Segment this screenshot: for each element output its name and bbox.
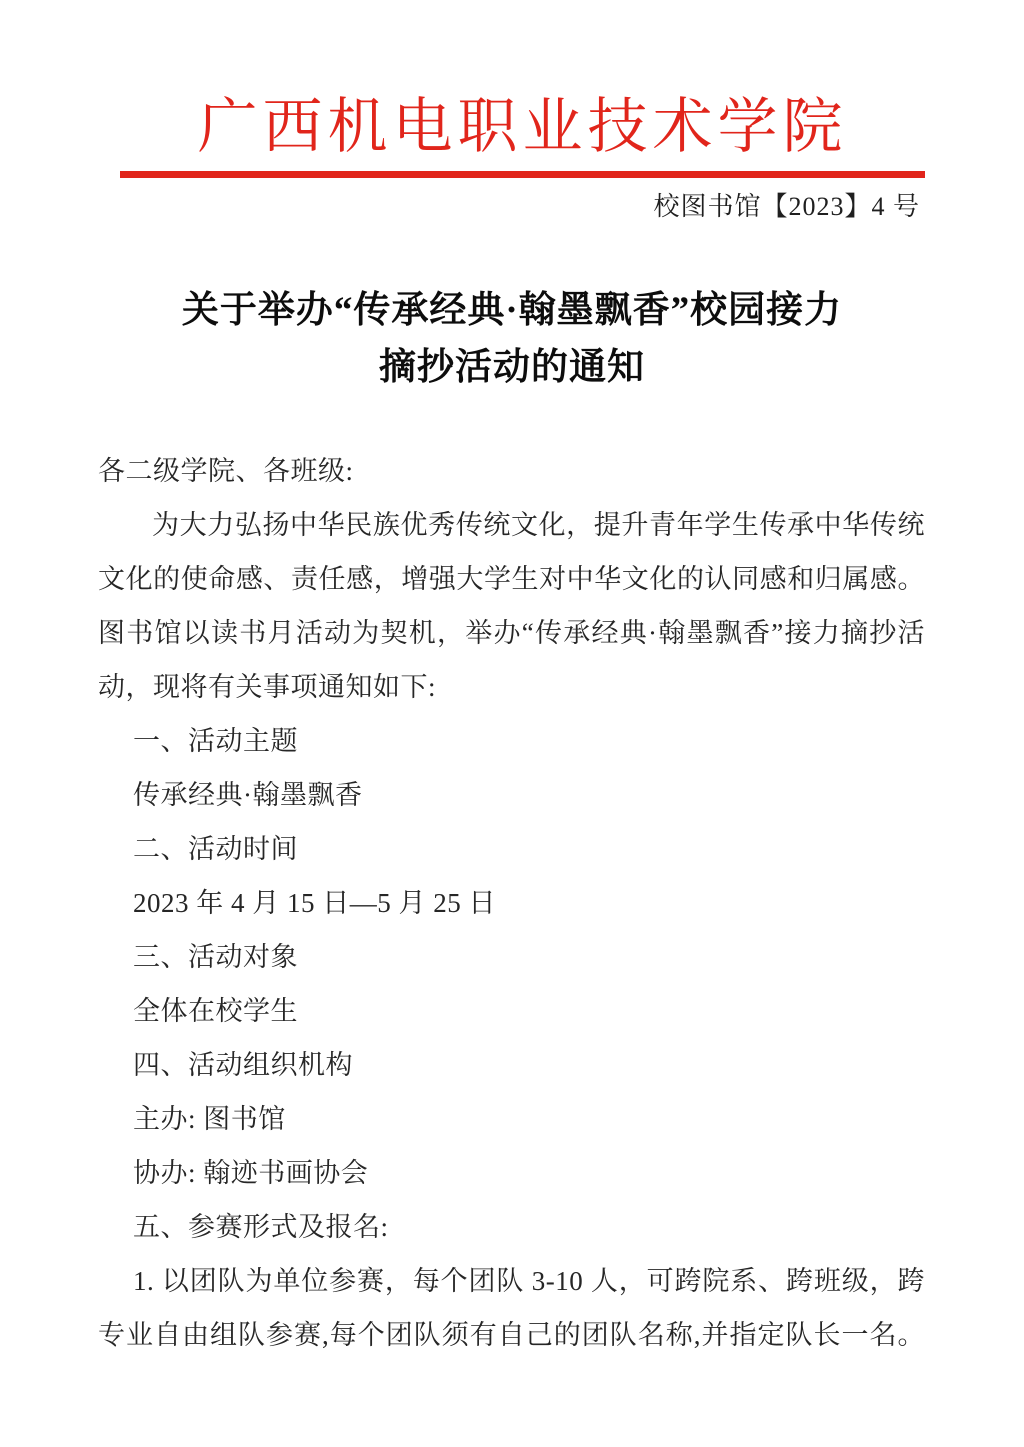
section-1-content: 传承经典·翰墨飘香 bbox=[98, 768, 925, 822]
doc-number: 校图书馆【2023】4 号 bbox=[0, 191, 920, 223]
org-name: 广西机电职业技术学院 bbox=[120, 92, 925, 162]
section-4-co-organizer: 协办: 翰迹书画协会 bbox=[98, 1146, 925, 1200]
section-3-heading: 三、活动对象 bbox=[98, 930, 925, 984]
notice-title-line2: 摘抄活动的通知 bbox=[0, 339, 1024, 396]
letterhead: 广西机电职业技术学院 校图书馆【2023】4 号 bbox=[0, 0, 1024, 223]
numbered-item-line-1: 1. 以团队为单位参赛，每个团队 3-10 人，可跨院系、跨班级，跨 bbox=[98, 1254, 925, 1308]
intro-line-4: 动，现将有关事项通知如下: bbox=[98, 660, 925, 714]
numbered-item-line-2: 专业自由组队参赛,每个团队须有自己的团队名称,并指定队长一名。 bbox=[98, 1308, 925, 1362]
intro-line-2: 文化的使命感、责任感，增强大学生对中华文化的认同感和归属感。 bbox=[98, 552, 925, 606]
salutation: 各二级学院、各班级: bbox=[98, 444, 925, 498]
section-5-heading: 五、参赛形式及报名: bbox=[98, 1200, 925, 1254]
section-3-content: 全体在校学生 bbox=[98, 984, 925, 1038]
section-2-content: 2023 年 4 月 15 日—5 月 25 日 bbox=[98, 876, 925, 930]
document-page: 广西机电职业技术学院 校图书馆【2023】4 号 关于举办“传承经典·翰墨飘香”… bbox=[0, 0, 1024, 1447]
section-2-heading: 二、活动时间 bbox=[98, 822, 925, 876]
section-4-organizer: 主办: 图书馆 bbox=[98, 1092, 925, 1146]
notice-body: 各二级学院、各班级: 为大力弘扬中华民族优秀传统文化，提升青年学生传承中华传统 … bbox=[0, 444, 1024, 1362]
notice-title-line1: 关于举办“传承经典·翰墨飘香”校园接力 bbox=[0, 282, 1024, 339]
section-4-heading: 四、活动组织机构 bbox=[98, 1038, 925, 1092]
notice-title: 关于举办“传承经典·翰墨飘香”校园接力 摘抄活动的通知 bbox=[0, 282, 1024, 396]
section-1-heading: 一、活动主题 bbox=[98, 714, 925, 768]
red-separator-line bbox=[120, 171, 925, 178]
intro-line-3: 图书馆以读书月活动为契机，举办“传承经典·翰墨飘香”接力摘抄活 bbox=[98, 606, 925, 660]
intro-line-1: 为大力弘扬中华民族优秀传统文化，提升青年学生传承中华传统 bbox=[98, 498, 925, 552]
